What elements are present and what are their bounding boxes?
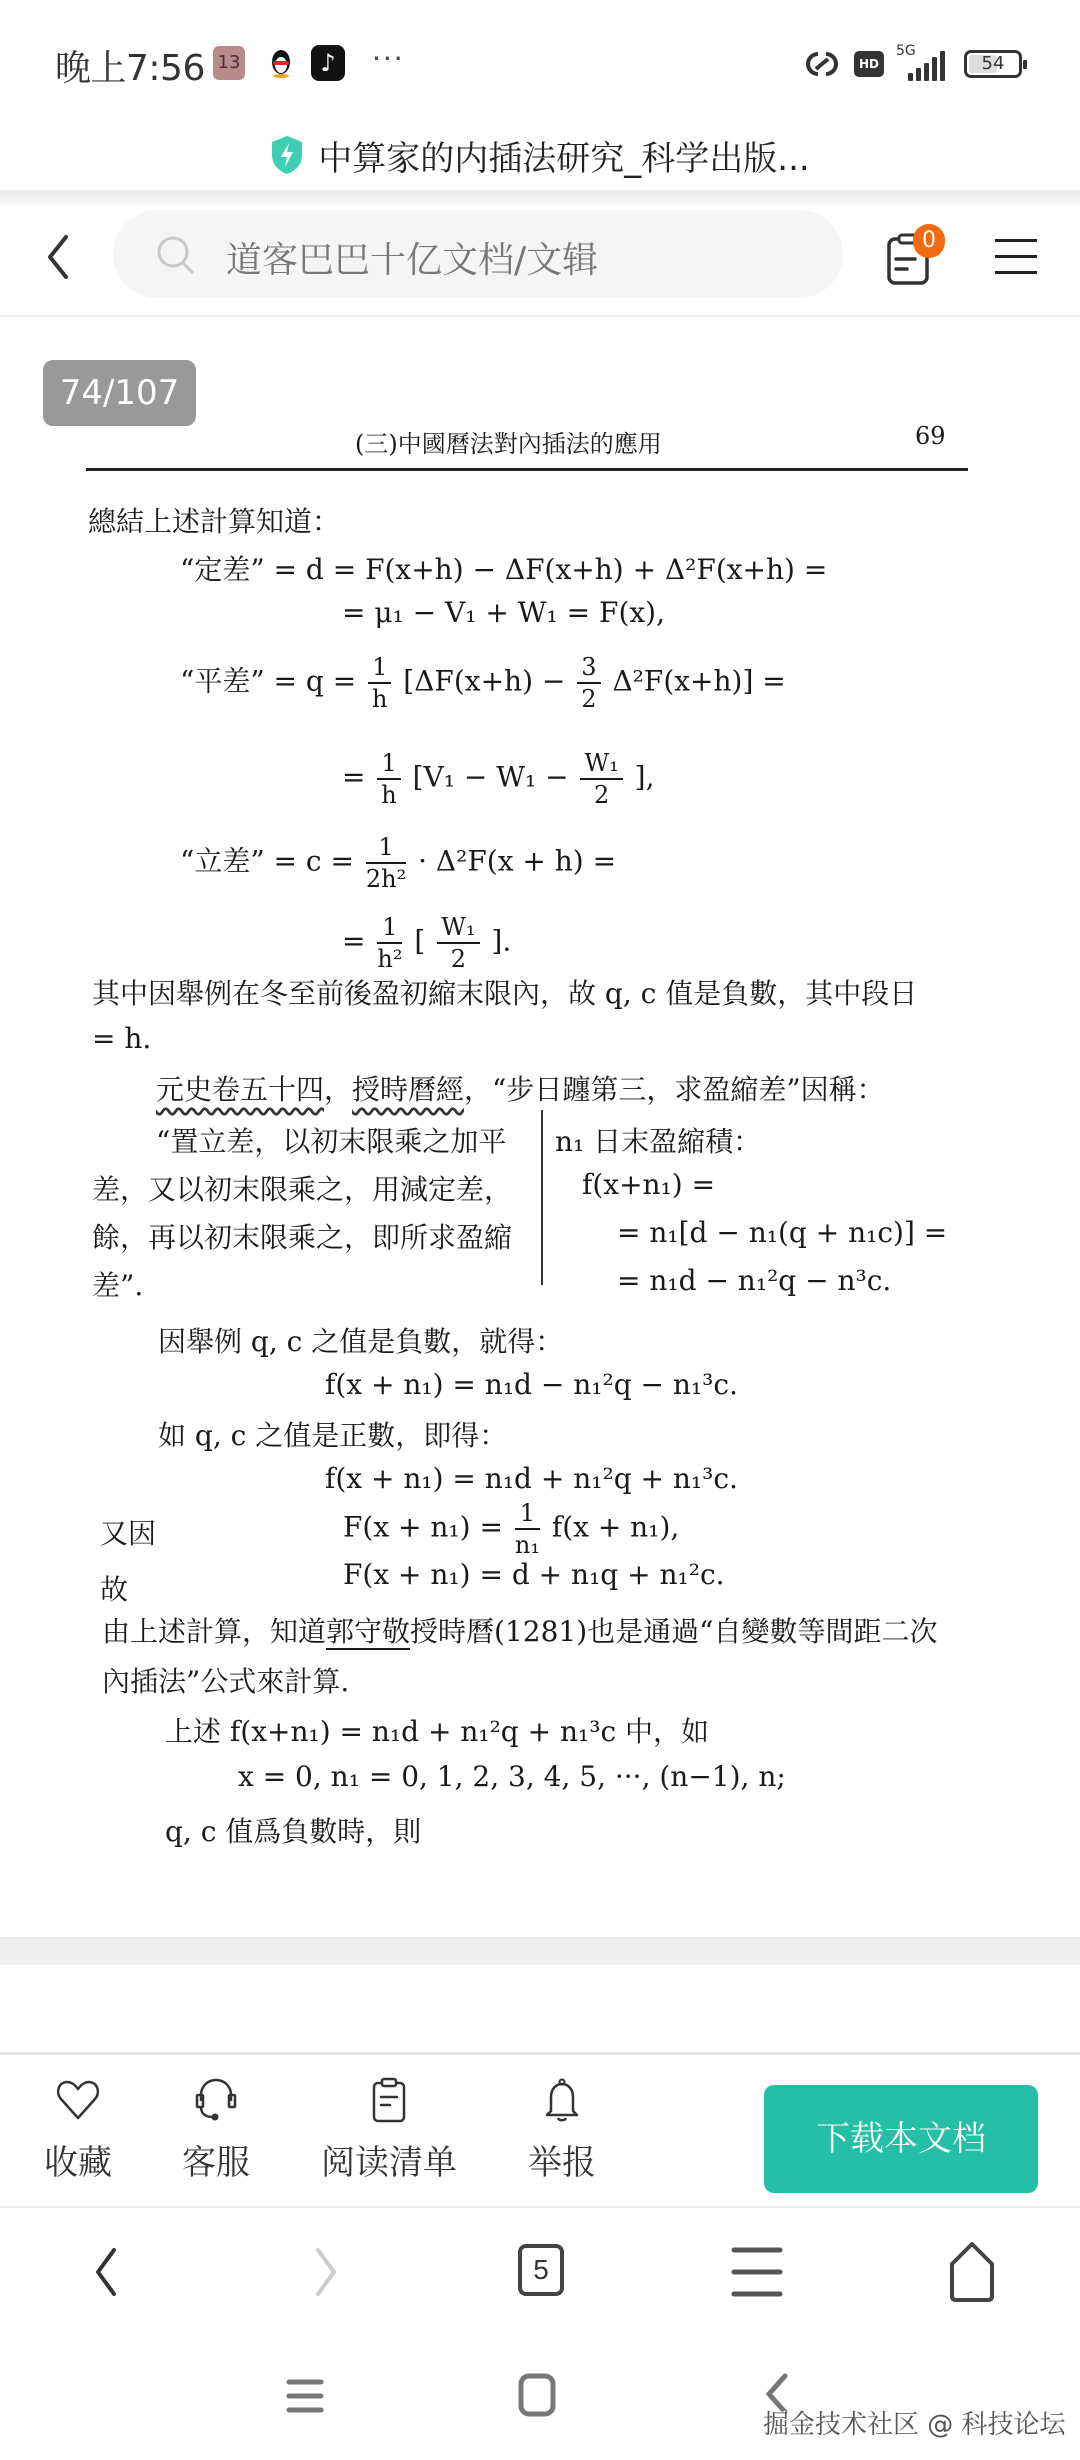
back-chevron-icon[interactable] (38, 227, 78, 287)
download-document-button[interactable]: 下载本文档 (764, 2085, 1038, 2193)
formula-part: Δ²F(x+h)] = (612, 665, 785, 698)
formula-line: F(x + n₁) = d + n₁q + n₁²c. (343, 1558, 725, 1591)
system-home-icon[interactable] (515, 2372, 559, 2418)
browser-back-icon[interactable] (72, 2240, 142, 2304)
search-placeholder: 道客巴巴十亿文档/文辑 (226, 232, 598, 283)
quote-line: “置立差，以初末限乘之加平 (156, 1120, 506, 1160)
formula-dingcha: “定差” = d = F(x+h) − ΔF(x+h) + Δ²F(x+h) = (180, 548, 827, 588)
favorite-button[interactable]: 收藏 (8, 2077, 148, 2187)
link-icon (802, 49, 842, 79)
formula-line: = n₁d − n₁²q − n³c. (617, 1264, 891, 1297)
formula-line: = n₁[d − n₁(q + n₁c)] = (617, 1216, 947, 1249)
battery-icon: 54 (964, 50, 1022, 78)
text-line: 由上述計算，知道郭守敬授時曆(1281)也是通過“自變數等間距二次 (102, 1610, 937, 1650)
formula-line: f(x + n₁) = n₁d + n₁²q + n₁³c. (325, 1462, 738, 1495)
browser-menu-icon[interactable] (722, 2240, 792, 2304)
column-divider (541, 1110, 543, 1285)
header-rule (86, 468, 968, 471)
notification-app-icon: 13 (213, 46, 245, 80)
book-title: 授時曆經 (352, 1073, 464, 1106)
text-line: 因舉例 q, c 之值是負數，就得： (158, 1320, 563, 1360)
text-line: 又因 (100, 1512, 156, 1552)
fraction: 1n₁ (515, 1498, 540, 1560)
formula-line: f(x + n₁) = n₁d − n₁²q − n₁³c. (325, 1368, 738, 1401)
formula-line: n₁ 日末盈縮積： (555, 1120, 761, 1160)
text-line: 其中因舉例在冬至前後盈初縮末限內，故 q, c 值是負數，其中段日 (92, 972, 917, 1012)
fraction: 12h² (366, 832, 406, 894)
formula-line: x = 0, n₁ = 0, 1, 2, 3, 4, 5, ···, (n−1)… (238, 1760, 786, 1793)
customer-service-label: 客服 (146, 2135, 286, 2184)
formula-line: F(x + n₁) = 1n₁ f(x + n₁), (343, 1498, 679, 1560)
page-number: 69 (915, 422, 946, 450)
system-navigation-bar: 掘金技术社区 @ 科技论坛 (0, 2330, 1080, 2460)
text-line: q, c 值爲負數時，則 (165, 1810, 421, 1850)
fraction: 1h (377, 748, 400, 810)
recent-apps-icon[interactable] (283, 2374, 327, 2418)
signal-icon: 5G (896, 47, 952, 81)
hd-icon: HD (854, 51, 884, 77)
qq-penguin-icon (268, 48, 294, 78)
text-line: 總結上述計算知道： (88, 500, 340, 540)
formula-part: [ΔF(x+h) − (403, 665, 565, 698)
watermark: 掘金技术社区 @ 科技论坛 (763, 2404, 1066, 2441)
more-notifications-icon: ··· (372, 42, 405, 75)
favorite-label: 收藏 (8, 2135, 148, 2184)
formula-lhs: “平差” = q = (180, 665, 356, 698)
text-line: 元史卷五十四，授時曆經，“步日躔第三，求盈縮差”因稱： (156, 1068, 885, 1108)
formula-line: f(x+n₁) = (582, 1168, 715, 1201)
person-name: 郭守敬 (326, 1615, 410, 1648)
formula-part: ]. (491, 925, 511, 958)
home-icon[interactable] (937, 2240, 1007, 2304)
browser-forward-icon[interactable] (290, 2240, 360, 2304)
document-page: (三)中國曆法對內插法的應用 69 總結上述計算知道： “定差” = d = F… (0, 320, 1080, 1937)
action-toolbar: 收藏 客服 阅读清单 举报 下载本文档 (0, 2052, 1080, 2208)
status-icons: HD 5G 54 (802, 44, 1022, 84)
text-line: 故 (100, 1568, 128, 1608)
reading-list-label: 阅读清单 (319, 2135, 459, 2184)
text-line: = h. (92, 1022, 151, 1055)
secure-shield-icon (270, 135, 304, 175)
document-count-badge: 0 (913, 224, 945, 258)
formula-part: · Δ²F(x + h) = (418, 845, 616, 878)
fraction: 1h (368, 652, 391, 714)
book-title: 元史卷五十四 (156, 1073, 324, 1106)
status-time: 晚上7:56 (55, 40, 205, 91)
site-header: 道客巴巴十亿文档/文辑 0 (0, 205, 1080, 317)
headset-icon (193, 2077, 239, 2123)
customer-service-button[interactable]: 客服 (146, 2077, 286, 2187)
fraction: W₁2 (580, 748, 622, 810)
search-input[interactable]: 道客巴巴十亿文档/文辑 (113, 210, 843, 298)
battery-level: 54 (982, 53, 1005, 74)
browser-navigation-bar: 5 (0, 2210, 1080, 2330)
quote-line: 差，又以初末限乘之，用減定差， (92, 1168, 512, 1208)
formula-part: ], (635, 761, 655, 794)
tabs-button[interactable]: 5 (518, 2244, 564, 2296)
network-type: 5G (896, 43, 916, 59)
formula-pingcha: “平差” = q = 1h [ΔF(x+h) − 32 Δ²F(x+h)] = (180, 652, 786, 714)
formula-line: 上述 f(x+n₁) = n₁d + n₁²q + n₁³c 中，如 (165, 1710, 709, 1750)
formula-part: [V₁ − W₁ − (413, 761, 569, 794)
search-icon (155, 234, 197, 276)
formula-line: = 1h [V₁ − W₁ − W₁2 ], (342, 748, 655, 810)
page-separator (0, 1937, 1080, 1965)
heart-icon (55, 2077, 101, 2123)
running-head: (三)中國曆法對內插法的應用 (355, 424, 662, 459)
tiktok-icon: ♪ (311, 45, 345, 81)
formula-lhs: “立差” = c = (180, 845, 354, 878)
page-title: 中算家的内插法研究_科学出版... (318, 131, 809, 180)
reading-list-button[interactable]: 阅读清单 (319, 2077, 459, 2187)
quote-line: 餘，再以初末限乘之，即所求盈縮 (92, 1216, 512, 1256)
browser-title-bar[interactable]: 中算家的内插法研究_科学出版... (0, 120, 1080, 190)
formula-line: = 1h² [ W₁2 ]. (342, 912, 511, 974)
fraction: W₁2 (437, 912, 479, 974)
fraction: 1h² (377, 912, 402, 974)
report-label: 举报 (492, 2135, 632, 2184)
hamburger-menu-icon[interactable] (995, 239, 1037, 275)
status-bar: 晚上7:56 13 ♪ ··· HD 5G 54 (0, 0, 1080, 120)
formula-licha: “立差” = c = 12h² · Δ²F(x + h) = (180, 832, 616, 894)
page-indicator: 74/107 (43, 360, 196, 426)
formula-line: = μ₁ − V₁ + W₁ = F(x), (342, 596, 665, 629)
quote-line: 差”. (92, 1264, 143, 1304)
fraction: 32 (577, 652, 600, 714)
clipboard-icon (366, 2077, 412, 2123)
bell-icon (539, 2077, 585, 2123)
report-button[interactable]: 举报 (492, 2077, 632, 2187)
text-line: 如 q, c 之值是正數，即得： (158, 1414, 507, 1454)
text-line: 內插法”公式來計算. (102, 1660, 349, 1700)
